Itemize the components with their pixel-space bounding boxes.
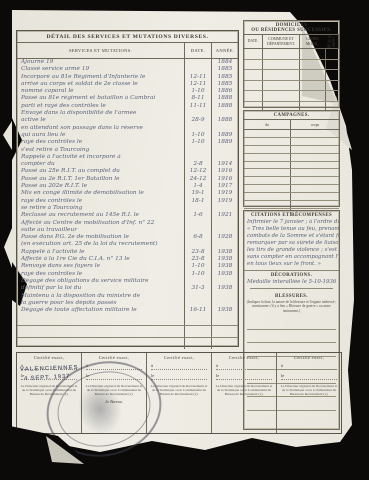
divider <box>250 288 333 289</box>
service-entry-year: 1889 <box>211 132 238 139</box>
service-entry-date: 1-10 <box>184 139 211 146</box>
service-row: Passé au 81e régiment et bataillon à Cam… <box>17 95 238 102</box>
service-row: Ajourné 191884 <box>17 59 238 66</box>
service-entry-year <box>211 110 238 117</box>
citation-line: en tous lieux sur le front. » <box>244 261 339 268</box>
service-row: la guerre pour les dépôts passés <box>17 300 238 307</box>
service-entry-date <box>184 241 211 248</box>
service-row: (en exécution art. 25 de la loi du recru… <box>17 241 238 248</box>
service-entry-year <box>211 300 238 307</box>
service-entry-date: 19-1 <box>184 190 211 197</box>
service-row: rayé des contrôles le1-101938 <box>17 271 238 278</box>
empty-cell <box>290 130 339 137</box>
service-row: Mis en congé illimité de démobilisation … <box>17 190 238 197</box>
place-blank-line: à <box>281 363 337 370</box>
service-entry-year: 1938 <box>211 307 238 314</box>
service-entry-year: 1919 <box>211 198 238 205</box>
service-entry-date: 11-11 <box>184 103 211 110</box>
certifier-title-text: Le Directeur régional du Recrutement et … <box>277 384 341 397</box>
empty-cell <box>262 60 299 70</box>
service-entry-text: Affecté à la 1re Cie du C.I.A. n° 13 le <box>17 256 184 263</box>
service-entry-date: 18-1 <box>184 198 211 205</box>
service-entry-year: 1938 <box>211 249 238 256</box>
service-entry-text: la guerre pour les dépôts passés <box>17 300 184 307</box>
service-entry-text: (en exécution art. 25 de la loi du recru… <box>17 241 184 248</box>
domiciles-header: DATE. COMMUNE ET DÉPARTEMENT. GENRE MOBI… <box>244 34 339 49</box>
domicile-empty-row <box>244 70 339 81</box>
service-entry-year: 1938 <box>211 263 238 270</box>
service-entry-year: 1885 <box>211 74 238 81</box>
date-blank-line: le <box>151 373 207 380</box>
service-entry-date <box>184 66 211 73</box>
domiciles-col-genre: GENRE MOBIL. <box>299 35 325 48</box>
service-row: s'est retiré à Tourcoing <box>17 147 238 154</box>
services-table-empty-rows <box>17 314 238 349</box>
empty-cell <box>184 326 211 337</box>
campagnes-col-corps: corps <box>290 120 339 129</box>
empty-cell <box>244 193 290 200</box>
empty-cell <box>244 169 290 176</box>
empty-cell <box>325 81 339 91</box>
service-entry-date: 1-10 <box>184 132 211 139</box>
service-entry-year: 1886 <box>211 88 238 95</box>
certified-exact-label: Certifié exact, <box>147 355 211 360</box>
certification-box: Certifié exact,àleLe Directeur régional … <box>211 353 276 433</box>
blessure-empty-row <box>247 330 336 344</box>
service-entry-date: 2-8 <box>184 161 211 168</box>
domicile-empty-row <box>244 81 339 92</box>
empty-cell <box>290 154 339 161</box>
scanned-document-page: DÉTAIL DES SERVICES ET MUTATIONS DIVERSE… <box>0 0 369 480</box>
service-entry-text: en attendant son passage dans la réserve <box>17 125 184 132</box>
service-entry-text: Dégagé de toute affectation militaire le <box>17 307 184 314</box>
service-row: Passé au 25e R.I.T. au complet du12-1219… <box>17 168 238 175</box>
empty-cell <box>299 91 325 101</box>
service-row: Rappelé à l'activité et incorporé à <box>17 154 238 161</box>
service-entry-year: 1921 <box>211 212 238 219</box>
domiciles-body <box>244 49 339 112</box>
service-row: Dégagé des obligations du service milita… <box>17 278 238 285</box>
service-entry-text: compter du <box>17 161 184 168</box>
service-entry-date: 8-11 <box>184 95 211 102</box>
service-row: active le28-91888 <box>17 117 238 124</box>
service-row: parti et rayé des contrôles le11-111888 <box>17 103 238 110</box>
service-row: Renvoyé dans ses foyers le1-101938 <box>17 263 238 270</box>
service-entry-date: 12-11 <box>184 74 211 81</box>
service-entry-date: 1-4 <box>184 183 211 190</box>
domiciles-box: DOMICILES OU RÉSIDENCES SUCCESSIFS. DATE… <box>243 20 340 108</box>
campagne-empty-row <box>244 154 339 162</box>
empty-cell <box>211 326 238 337</box>
service-entry-text: active le <box>17 117 184 124</box>
service-entry-text: nommé caporal le <box>17 88 184 95</box>
campagnes-header: du corps <box>244 119 339 130</box>
date-blank-line: le <box>281 373 337 380</box>
campagnes-box: CAMPAGNES. du corps <box>243 110 340 207</box>
empty-cell <box>211 338 238 349</box>
service-entry-text: arrivé au corps et soldat de 2e classe l… <box>17 81 184 88</box>
decorations-title: DÉCORATIONS. <box>244 271 339 279</box>
service-entry-year: 1916 <box>211 176 238 183</box>
empty-cell <box>244 162 290 169</box>
service-entry-text: se retire à Tourcoing <box>17 205 184 212</box>
certified-exact-label: Certifié exact, <box>17 355 81 360</box>
certification-box: Certifié exact,àleLe Directeur régional … <box>276 353 341 433</box>
service-row: Passé au 202e R.I.T. le1-41917 <box>17 183 238 190</box>
service-entry-date <box>184 147 211 154</box>
service-entry-year <box>211 154 238 161</box>
service-entry-date: 28-9 <box>184 117 211 124</box>
empty-cell <box>290 146 339 153</box>
service-entry-year <box>211 241 238 248</box>
service-entry-text: définitif par la loi du <box>17 285 184 292</box>
empty-cell <box>290 201 339 208</box>
empty-cell <box>244 49 262 59</box>
citation-line: sans compter en accompagnant l'infanteri… <box>244 254 339 261</box>
service-entry-year: 1928 <box>211 234 238 241</box>
service-row: qui aura lieu le1-101889 <box>17 132 238 139</box>
service-entry-text: Envoyé dans la disponibilité de l'armée <box>17 110 184 117</box>
service-entry-text: Passé au 81e régiment et bataillon à Cam… <box>17 95 184 102</box>
campagne-empty-row <box>244 130 339 138</box>
service-row: définitif par la loi du31-31938 <box>17 285 238 292</box>
empty-cell <box>290 162 339 169</box>
service-entry-year: 1917 <box>211 183 238 190</box>
empty-cell <box>262 70 299 80</box>
empty-cell <box>244 130 290 137</box>
service-entry-year: 1919 <box>211 190 238 197</box>
service-row: Passé dans P.G. 2e de mobilisation le6-8… <box>17 234 238 241</box>
service-entry-year: 1888 <box>211 117 238 124</box>
place-blank-line: à <box>216 363 272 370</box>
campagne-empty-row <box>244 146 339 154</box>
empty-cell <box>244 146 290 153</box>
ruled-empty-row <box>17 314 238 326</box>
service-entry-year: 1916 <box>211 168 238 175</box>
empty-cell <box>290 185 339 192</box>
service-row: arrivé au corps et soldat de 2e classe l… <box>17 81 238 88</box>
empty-cell <box>244 201 290 208</box>
campagne-empty-row <box>244 138 339 146</box>
service-entry-text: Ajourné 19 <box>17 59 184 66</box>
service-entry-text: Rappelé à l'activité le <box>17 249 184 256</box>
empty-cell <box>262 81 299 91</box>
ruled-empty-row <box>17 338 238 349</box>
empty-cell <box>244 138 290 145</box>
empty-cell <box>325 49 339 59</box>
empty-cell <box>244 70 262 80</box>
service-row: Classé service armé 191885 <box>17 66 238 73</box>
campagnes-title: CAMPAGNES. <box>244 111 339 119</box>
service-entry-year <box>211 125 238 132</box>
service-entry-date: 6-8 <box>184 234 211 241</box>
campagnes-body <box>244 130 339 216</box>
service-entry-text: Maintenu à la disposition du ministre de <box>17 293 184 300</box>
service-entry-year: 1888 <box>211 95 238 102</box>
empty-cell <box>184 338 211 349</box>
blessures-note-2: mentionner s'il y a lieu « Blessure de g… <box>244 304 339 313</box>
ruled-empty-row <box>17 326 238 338</box>
empty-cell <box>290 169 339 176</box>
service-entry-year: 1885 <box>211 81 238 88</box>
service-row: Maintenu à la disposition du ministre de <box>17 293 238 300</box>
service-entry-date <box>184 125 211 132</box>
service-row: Passé au 2e R.I.T. 1er Bataillon le24-12… <box>17 176 238 183</box>
service-row: Affecté au Centre de mobilisation d'Inf.… <box>17 220 238 227</box>
services-table-body: Ajourné 191884Classé service armé 191885… <box>17 59 238 314</box>
service-entry-date: 23-8 <box>184 256 211 263</box>
service-entry-date <box>184 205 211 212</box>
column-header-year: ANNÉE. <box>211 43 238 58</box>
service-entry-date <box>184 154 211 161</box>
service-entry-date <box>184 220 211 227</box>
empty-cell <box>184 314 211 325</box>
services-table: DÉTAIL DES SERVICES ET MUTATIONS DIVERSE… <box>16 30 239 347</box>
campagne-empty-row <box>244 169 339 177</box>
service-row: Incorporé au 81e Régiment d'Infanterie l… <box>17 74 238 81</box>
service-entry-text: Passé au 25e R.I.T. au complet du <box>17 168 184 175</box>
column-header-date: DATE. <box>184 43 211 58</box>
blessures-title: BLESSURES. <box>244 292 339 300</box>
service-entry-text: parti et rayé des contrôles le <box>17 103 184 110</box>
campagne-empty-row <box>244 193 339 201</box>
service-entry-date: 31-3 <box>184 285 211 292</box>
empty-cell <box>262 91 299 101</box>
citations-title: CITATIONS ET RÉCOMPENSES <box>244 211 339 219</box>
service-entry-year <box>211 147 238 154</box>
service-row: nommé caporal le1-101886 <box>17 88 238 95</box>
service-row: Dégagé de toute affectation militaire le… <box>17 307 238 314</box>
service-entry-text: Dégagé des obligations du service milita… <box>17 278 184 285</box>
date-blank-line: le <box>216 373 272 380</box>
column-header-services: SERVICES ET MUTATIONS. <box>17 43 184 58</box>
service-entry-date: 24-12 <box>184 176 211 183</box>
empty-cell <box>325 70 339 80</box>
citation-line: « Très belle tenue au feu, prenant part … <box>244 226 339 233</box>
service-entry-text: suite au travailleur <box>17 227 184 234</box>
empty-cell <box>290 138 339 145</box>
service-entry-text: Renvoyé dans ses foyers le <box>17 263 184 270</box>
service-entry-text: Passé dans P.G. 2e de mobilisation le <box>17 234 184 241</box>
campagne-empty-row <box>244 185 339 193</box>
service-entry-year <box>211 293 238 300</box>
citation-line: Infirmier le 7 janvier ; à l'ordre du n°… <box>244 219 339 226</box>
campagne-empty-row <box>244 177 339 185</box>
domiciles-col-commune: COMMUNE ET DÉPARTEMENT. <box>262 35 299 48</box>
service-entry-year <box>211 278 238 285</box>
service-row: en attendant son passage dans la réserve <box>17 125 238 132</box>
service-entry-year <box>211 227 238 234</box>
service-entry-year: 1938 <box>211 285 238 292</box>
certified-exact-label: Certifié exact, <box>277 355 341 360</box>
service-entry-date: 1-6 <box>184 212 211 219</box>
empty-cell <box>244 154 290 161</box>
service-entry-year <box>211 205 238 212</box>
service-entry-date <box>184 300 211 307</box>
service-entry-date <box>184 227 211 234</box>
service-row: rayé des contrôles le18-11919 <box>17 198 238 205</box>
empty-cell <box>299 70 325 80</box>
services-table-header: SERVICES ET MUTATIONS. DATE. ANNÉE. <box>17 43 238 59</box>
empty-cell <box>17 326 184 337</box>
service-entry-date <box>184 293 211 300</box>
service-row: rayé des contrôles le1-101889 <box>17 139 238 146</box>
service-entry-year: 1889 <box>211 139 238 146</box>
service-entry-text: rayé des contrôles le <box>17 139 184 146</box>
certified-exact-label: Certifié exact, <box>212 355 276 360</box>
empty-cell <box>244 177 290 184</box>
service-row: Rappelé à l'activité le23-81938 <box>17 249 238 256</box>
certified-exact-label: Certifié exact, <box>82 355 146 360</box>
service-entry-date: 12-11 <box>184 81 211 88</box>
service-entry-text: rayé des contrôles le <box>17 198 184 205</box>
service-row: Reclassé au recrutement au 145e R.I. le1… <box>17 212 238 219</box>
service-entry-date: 1-10 <box>184 263 211 270</box>
service-entry-year: 1914 <box>211 161 238 168</box>
service-entry-year: 1938 <box>211 271 238 278</box>
empty-cell <box>325 91 339 101</box>
service-entry-date: 1-10 <box>184 88 211 95</box>
service-entry-text: Mis en congé illimité de démobilisation … <box>17 190 184 197</box>
service-entry-date <box>184 59 211 66</box>
empty-cell <box>17 338 184 349</box>
service-entry-year: 1888 <box>211 103 238 110</box>
domiciles-title-1: DOMICILES <box>244 21 339 28</box>
service-row: compter du2-81914 <box>17 161 238 168</box>
service-entry-text: Rappelé à l'activité et incorporé à <box>17 154 184 161</box>
empty-cell <box>244 185 290 192</box>
service-entry-text: Affecté au Centre de mobilisation d'Inf.… <box>17 220 184 227</box>
domicile-empty-row <box>244 49 339 60</box>
domicile-empty-row <box>244 60 339 71</box>
service-entry-text: qui aura lieu le <box>17 132 184 139</box>
empty-cell <box>244 60 262 70</box>
service-entry-year <box>211 220 238 227</box>
service-entry-text: Passé au 202e R.I.T. le <box>17 183 184 190</box>
domicile-empty-row <box>244 91 339 102</box>
service-entry-date: 1-10 <box>184 271 211 278</box>
service-row: Affecté à la 1re Cie du C.I.A. n° 13 le2… <box>17 256 238 263</box>
service-entry-text: Passé au 2e R.I.T. 1er Bataillon le <box>17 176 184 183</box>
service-row: suite au travailleur <box>17 227 238 234</box>
decorations-entry: Médaille interalliée le 5-10-1936 <box>244 279 339 286</box>
service-entry-date: 12-12 <box>184 168 211 175</box>
blessure-empty-row <box>247 316 336 330</box>
service-entry-year: 1884 <box>211 59 238 66</box>
service-entry-date: 16-11 <box>184 307 211 314</box>
campagne-empty-row <box>244 162 339 170</box>
empty-cell <box>299 49 325 59</box>
empty-cell <box>299 81 325 91</box>
empty-cell <box>299 60 325 70</box>
service-entry-text: s'est retiré à Tourcoing <box>17 147 184 154</box>
citation-line: remarquer par sa sûreté de liaison sous <box>244 240 339 247</box>
empty-cell <box>244 81 262 91</box>
empty-cell <box>290 177 339 184</box>
service-entry-year: 1885 <box>211 66 238 73</box>
empty-cell <box>17 314 184 325</box>
citation-line: combats de la Somme et s'étant fait <box>244 233 339 240</box>
service-entry-date <box>184 278 211 285</box>
certifier-title-text: Le Directeur régional du Recrutement et … <box>212 384 276 397</box>
campagne-empty-row <box>244 201 339 209</box>
empty-cell <box>211 314 238 325</box>
service-row: Envoyé dans la disponibilité de l'armée <box>17 110 238 117</box>
domiciles-col-subdiv: N° de la subdiv. <box>325 35 339 48</box>
service-entry-text: Classé service armé 19 <box>17 66 184 73</box>
services-table-title: DÉTAIL DES SERVICES ET MUTATIONS DIVERSE… <box>17 31 238 43</box>
empty-cell <box>262 49 299 59</box>
service-entry-date <box>184 110 211 117</box>
empty-cell <box>244 91 262 101</box>
campagnes-col-du: du <box>244 120 290 129</box>
empty-cell <box>290 193 339 200</box>
domiciles-col-date: DATE. <box>244 35 262 48</box>
citations-body: Infirmier le 7 janvier ; à l'ordre du n°… <box>244 219 339 268</box>
service-entry-text: Reclassé au recrutement au 145e R.I. le <box>17 212 184 219</box>
citation-line: les tirs de grande violence ; s'est dépe… <box>244 247 339 254</box>
service-entry-date: 23-8 <box>184 249 211 256</box>
service-row: se retire à Tourcoing <box>17 205 238 212</box>
service-entry-year: 1938 <box>211 256 238 263</box>
service-entry-text: rayé des contrôles le <box>17 271 184 278</box>
empty-cell <box>325 60 339 70</box>
place-blank-line: à <box>151 363 207 370</box>
service-entry-text: Incorporé au 81e Régiment d'Infanterie l… <box>17 74 184 81</box>
